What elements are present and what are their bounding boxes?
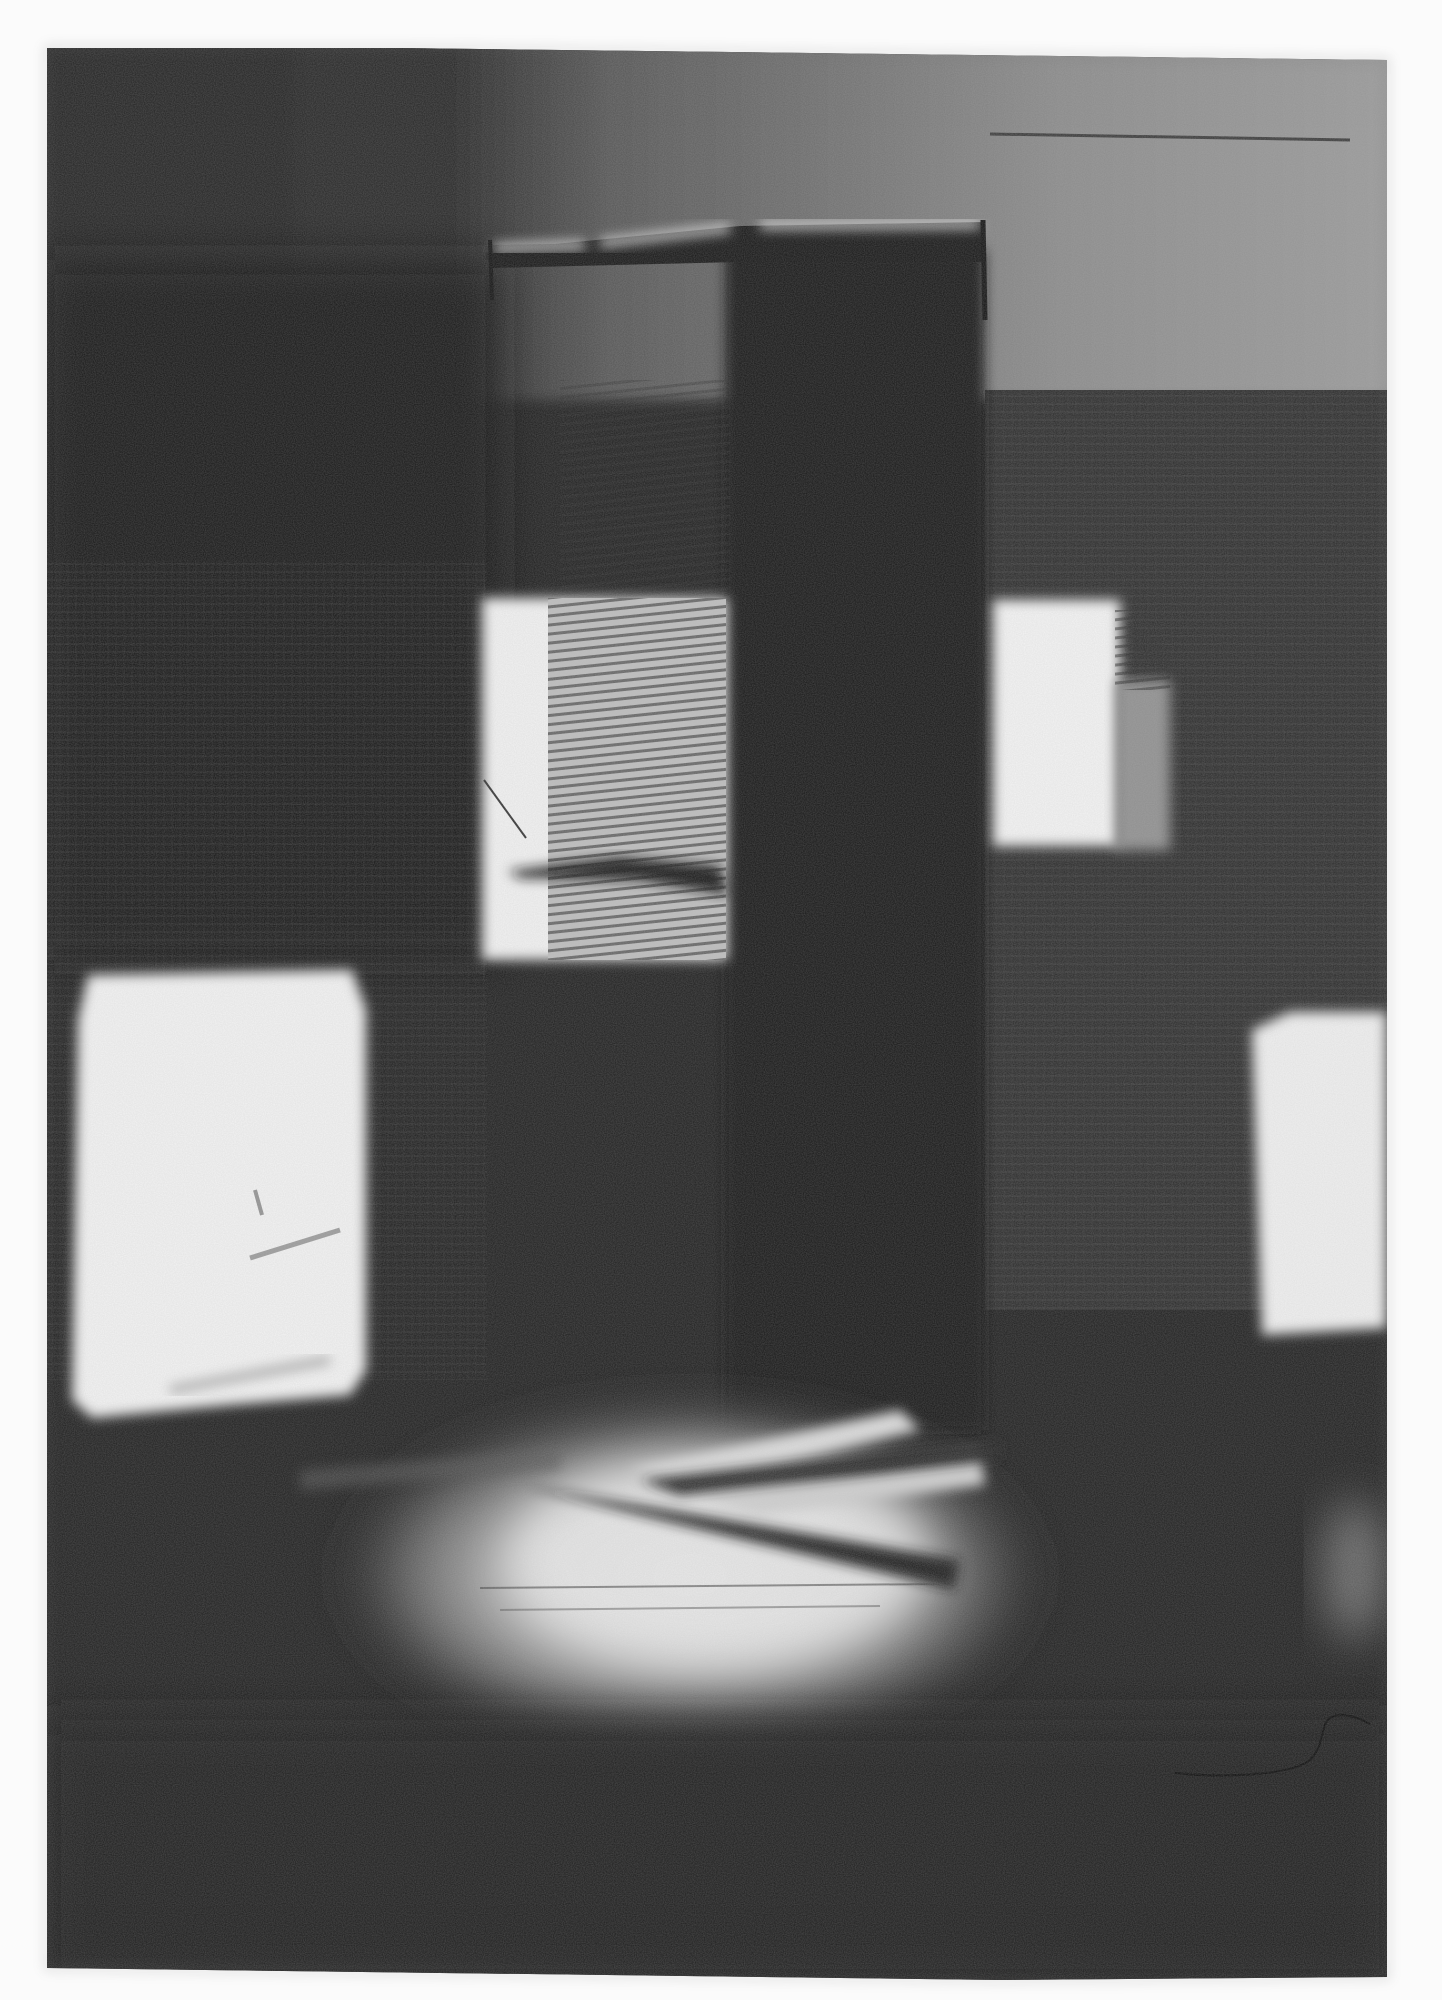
intaglio-print [0, 0, 1442, 2000]
plate-image [40, 40, 1400, 1990]
